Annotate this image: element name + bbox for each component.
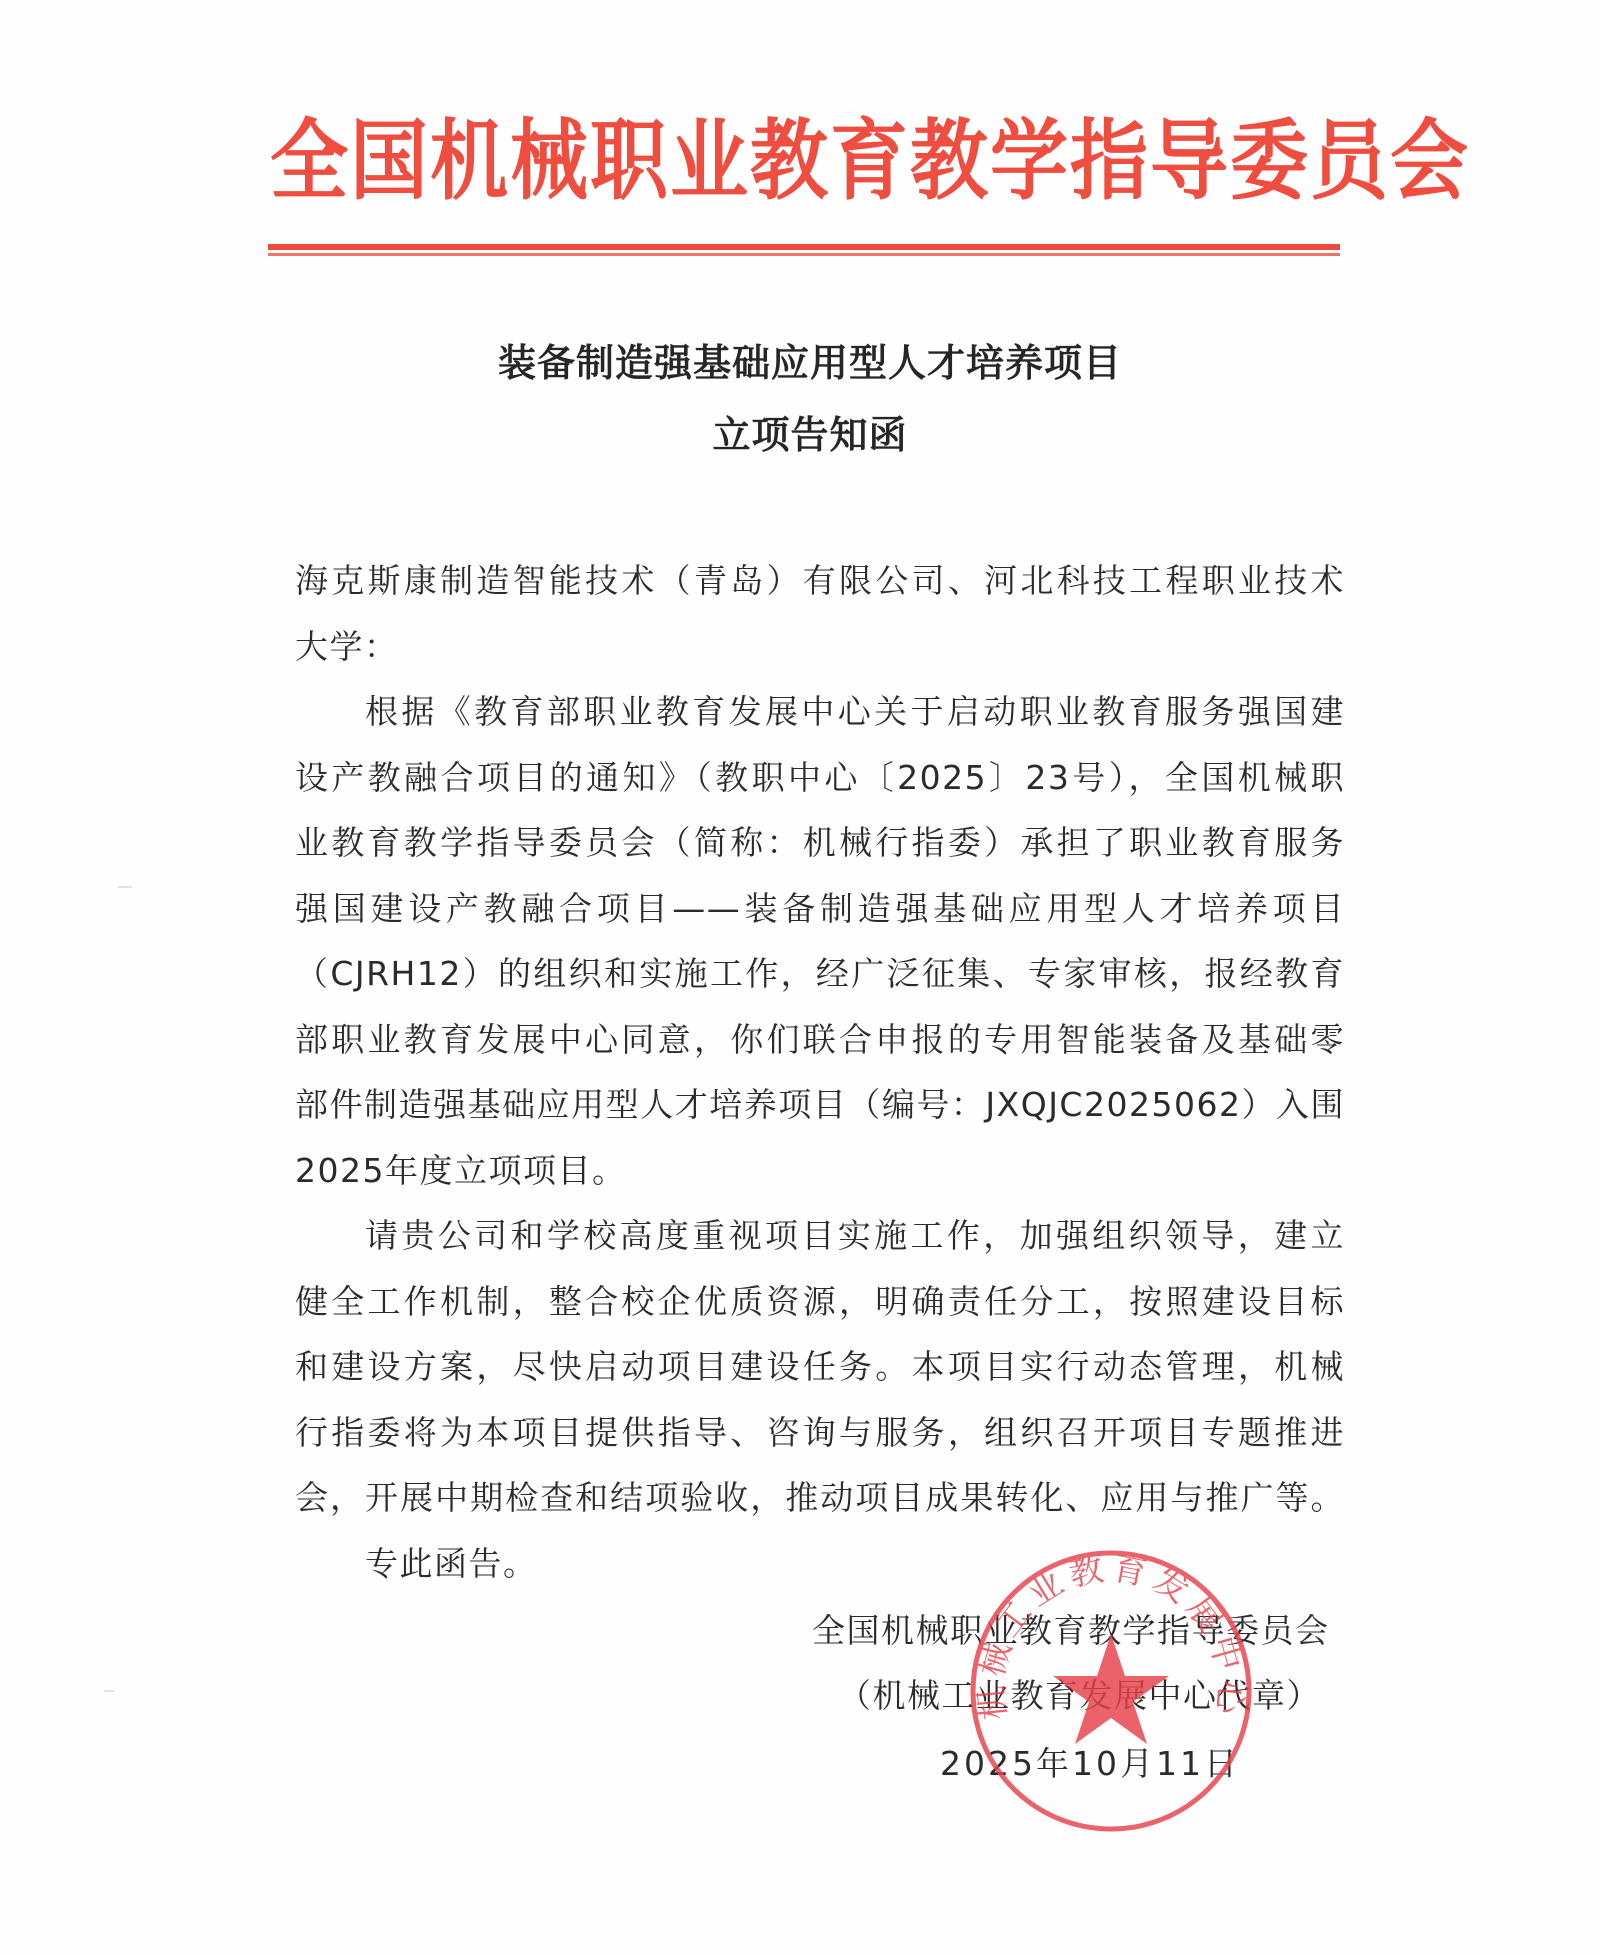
paragraph-1-line: 根据《教育部职业教育发展中心关于启动职业教育服务强国建 [295, 679, 1345, 745]
document-title-line-2: 立项告知函 [300, 404, 1320, 459]
paragraph-1-line: 业教育教学指导委员会（简称：机械行指委）承担了职业教育服务 [295, 810, 1345, 876]
scan-artifact [104, 1690, 114, 1692]
closing-line: 专此函告。 [295, 1531, 1345, 1597]
letterhead-rule-thick [268, 244, 1340, 250]
paragraph-2-line: 健全工作机制，整合校企优质资源，明确责任分工，按照建设目标 [295, 1269, 1345, 1335]
paragraph-1-line: 强国建设产教融合项目——装备制造强基础应用型人才培养项目 [295, 876, 1345, 942]
letter-body: 海克斯康制造智能技术（青岛）有限公司、河北科技工程职业技术 大学： 根据《教育部… [295, 548, 1345, 1596]
addressee-line: 大学： [295, 614, 1345, 680]
paragraph-1-line: 部职业教育发展中心同意，你们联合申报的专用智能装备及基础零 [295, 1007, 1345, 1073]
paragraph-2-line: 和建设方案，尽快启动项目建设任务。本项目实行动态管理，机械 [295, 1334, 1345, 1400]
paragraph-2-line: 行指委将为本项目提供指导、咨询与服务，组织召开项目专题推进 [295, 1400, 1345, 1466]
scan-artifact [118, 886, 132, 888]
letterhead-organization: 全国机械职业教育教学指导委员会 [270, 118, 1350, 205]
signature-organization: 全国机械职业教育教学指导委员会 [812, 1605, 1330, 1652]
paragraph-1-line: 设产教融合项目的通知》（教职中心〔2025〕23号），全国机械职 [295, 745, 1345, 811]
signature-date: 2025年10月11日 [940, 1738, 1240, 1785]
signature-seal-note: （机械工业教育发展中心代章） [838, 1670, 1321, 1717]
paragraph-2-line: 请贵公司和学校高度重视项目实施工作，加强组织领导，建立 [295, 1203, 1345, 1269]
addressee-line: 海克斯康制造智能技术（青岛）有限公司、河北科技工程职业技术 [295, 548, 1345, 614]
paragraph-2-line: 会，开展中期检查和结项验收，推动项目成果转化、应用与推广等。 [295, 1465, 1345, 1531]
paragraph-1-line: （CJRH12）的组织和实施工作，经广泛征集、专家审核，报经教育 [295, 941, 1345, 1007]
letterhead-rule-thin [268, 253, 1340, 256]
paragraph-1-line: 部件制造强基础应用型人才培养项目（编号：JXQJC2025062）入围 [295, 1072, 1345, 1138]
document-title-line-1: 装备制造强基础应用型人才培养项目 [300, 332, 1320, 387]
paragraph-1-line: 2025年度立项项目。 [295, 1138, 1345, 1204]
letter-page: 全国机械职业教育教学指导委员会 装备制造强基础应用型人才培养项目 立项告知函 海… [0, 0, 1600, 1955]
